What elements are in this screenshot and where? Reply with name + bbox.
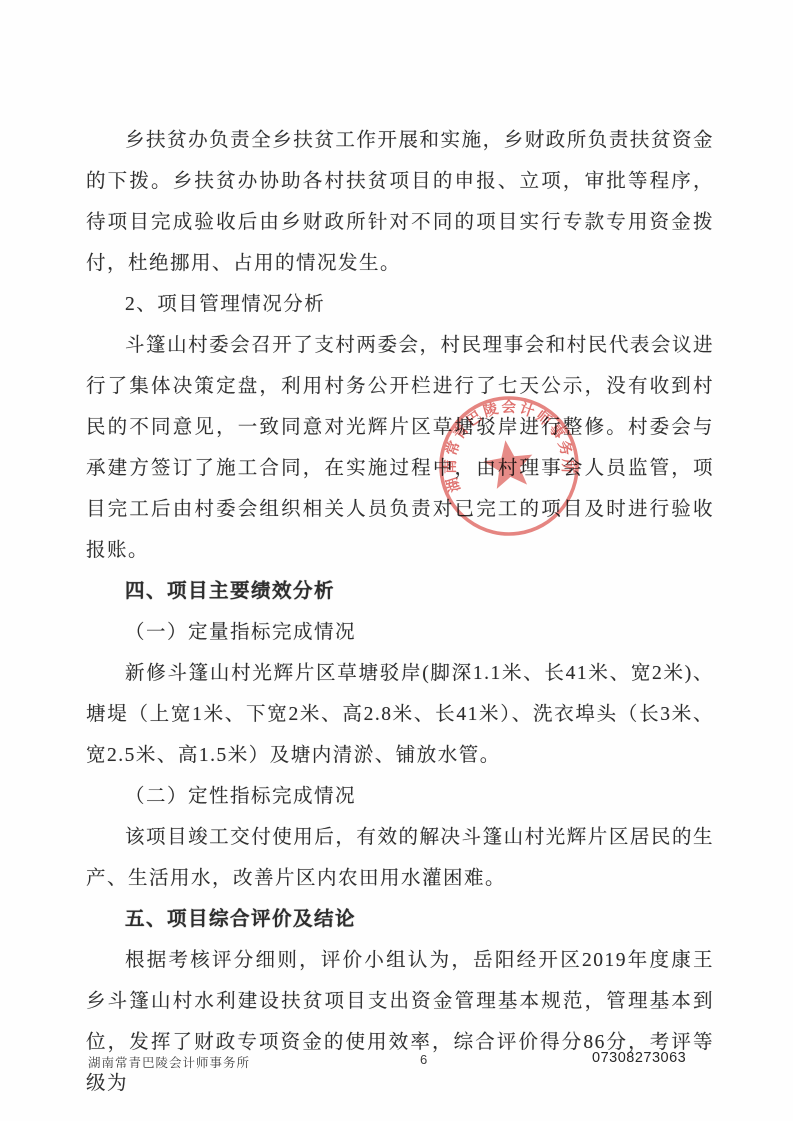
scanned-document-page: 乡扶贫办负责全乡扶贫工作开展和实施，乡财政所负责扶贫资金的下拨。乡扶贫办协助各村…	[0, 0, 793, 1121]
body-paragraph: 新修斗篷山村光辉片区草塘驳岸(脚深1.1米、长41米、宽2米)、塘堤（上宽1米、…	[86, 653, 714, 776]
section-heading: 五、项目综合评价及结论	[86, 899, 714, 940]
section-heading: 四、项目主要绩效分析	[86, 571, 714, 612]
footer-firm-name: 湖南常青巴陵会计师事务所	[88, 1053, 250, 1071]
body-paragraph: 根据考核评分细则，评价小组认为，岳阳经开区2019年度康王乡斗篷山村水利建设扶贫…	[86, 940, 714, 1104]
footer-phone-number: 07308273063	[592, 1050, 686, 1066]
body-paragraph: 该项目竣工交付使用后，有效的解决斗篷山村光辉片区居民的生产、生活用水，改善片区内…	[86, 817, 714, 899]
sub-heading: 2、项目管理情况分析	[86, 284, 714, 325]
document-body: 乡扶贫办负责全乡扶贫工作开展和实施，乡财政所负责扶贫资金的下拨。乡扶贫办协助各村…	[86, 120, 714, 1104]
body-paragraph: 斗篷山村委会召开了支村两委会，村民理事会和村民代表会议进行了集体决策定盘，利用村…	[86, 325, 714, 571]
sub-heading: （一）定量指标完成情况	[86, 612, 714, 653]
footer-page-number: 6	[420, 1052, 427, 1067]
body-paragraph: 乡扶贫办负责全乡扶贫工作开展和实施，乡财政所负责扶贫资金的下拨。乡扶贫办协助各村…	[86, 120, 714, 284]
sub-heading: （二）定性指标完成情况	[86, 776, 714, 817]
